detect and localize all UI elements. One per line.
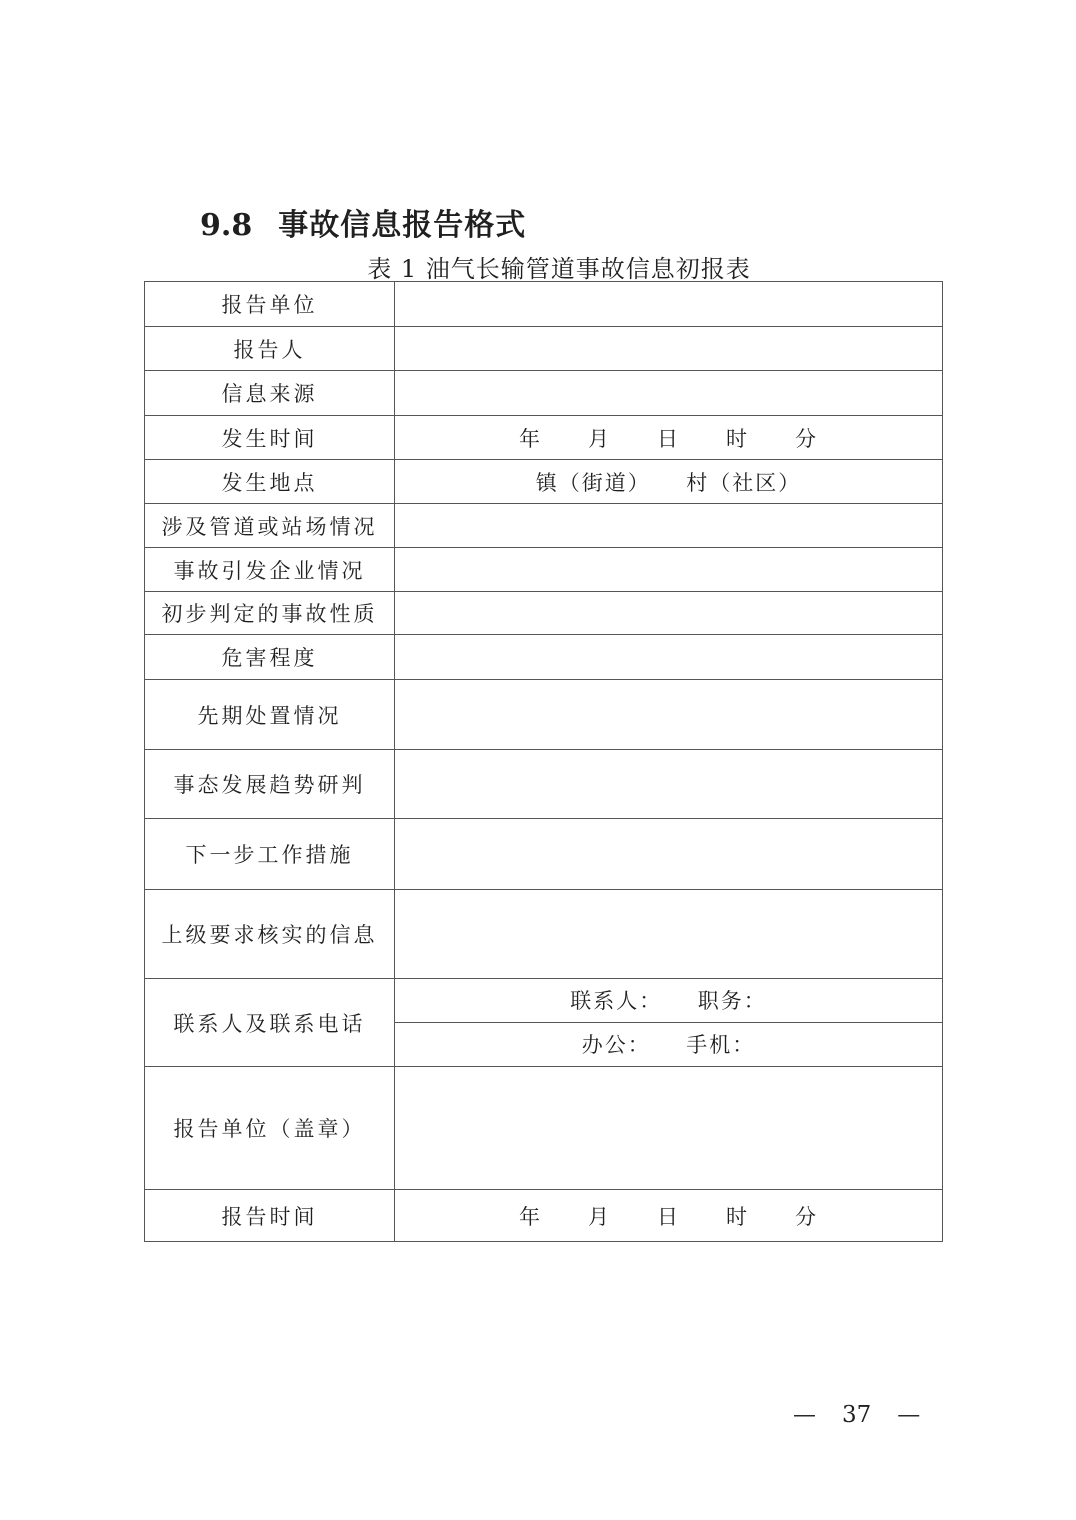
document-page: 9.8事故信息报告格式 表 1 油气长输管道事故信息初报表 报告单位 报告人 信…: [0, 0, 1076, 1520]
row-label: 下一步工作措施: [145, 819, 395, 889]
table-row-pipeline-station: 涉及管道或站场情况: [145, 503, 942, 547]
table-title: 表 1 油气长输管道事故信息初报表: [144, 249, 974, 284]
row-value-cell: 年 月 日 时 分: [395, 416, 942, 459]
section-heading: 9.8事故信息报告格式: [200, 200, 526, 244]
row-value-cell: [395, 327, 942, 370]
accident-report-form-table: 报告单位 报告人 信息来源 发生时间 年 月 日 时 分 发生地点 镇（街道） …: [144, 281, 943, 1242]
table-row-trend-judgement: 事态发展趋势研判: [145, 749, 942, 818]
row-label: 发生时间: [145, 416, 395, 459]
row-label: 联系人及联系电话: [145, 979, 395, 1066]
row-value-cell: [395, 890, 942, 978]
row-value-cell: [395, 1067, 942, 1189]
page-footer: —37—: [793, 1402, 920, 1428]
row-label: 先期处置情况: [145, 680, 395, 749]
row-label: 报告时间: [145, 1190, 395, 1241]
table-row-superior-verification: 上级要求核实的信息: [145, 889, 942, 978]
contact-value-cell: 联系人： 职务： 办公： 手机：: [395, 979, 942, 1066]
row-value-cell: [395, 680, 942, 749]
row-value-cell: [395, 504, 942, 547]
table-row-accident-nature: 初步判定的事故性质: [145, 591, 942, 634]
contact-phone-line: 办公： 手机：: [395, 1022, 942, 1067]
row-value-cell: [395, 371, 942, 415]
row-label: 初步判定的事故性质: [145, 592, 395, 634]
table-row-next-steps: 下一步工作措施: [145, 818, 942, 889]
row-value-cell: [395, 548, 942, 591]
table-row-report-time: 报告时间 年 月 日 时 分: [145, 1189, 942, 1241]
footer-dash-left: —: [793, 1402, 816, 1428]
page-number: 37: [842, 1402, 871, 1428]
row-label: 信息来源: [145, 371, 395, 415]
table-row-occurrence-place: 发生地点 镇（街道） 村（社区）: [145, 459, 942, 503]
table-row-reporting-unit: 报告单位: [145, 282, 942, 326]
row-label: 涉及管道或站场情况: [145, 504, 395, 547]
row-value-cell: [395, 750, 942, 818]
table-row-initial-disposal: 先期处置情况: [145, 679, 942, 749]
section-title: 事故信息报告格式: [278, 208, 526, 243]
row-value-cell: 镇（街道） 村（社区）: [395, 460, 942, 503]
row-label: 事态发展趋势研判: [145, 750, 395, 818]
row-label: 事故引发企业情况: [145, 548, 395, 591]
row-value-cell: [395, 592, 942, 634]
table-row-hazard-degree: 危害程度: [145, 634, 942, 679]
table-row-unit-seal: 报告单位（盖章）: [145, 1066, 942, 1189]
row-label: 报告人: [145, 327, 395, 370]
row-label: 报告单位: [145, 282, 395, 326]
row-value-cell: [395, 282, 942, 326]
section-number: 9.8: [200, 208, 252, 243]
table-row-reporter: 报告人: [145, 326, 942, 370]
table-row-info-source: 信息来源: [145, 370, 942, 415]
table-row-occurrence-time: 发生时间 年 月 日 时 分: [145, 415, 942, 459]
row-label: 发生地点: [145, 460, 395, 503]
contact-person-line: 联系人： 职务：: [395, 979, 942, 1022]
row-label: 报告单位（盖章）: [145, 1067, 395, 1189]
footer-dash-right: —: [897, 1402, 920, 1428]
row-value-cell: [395, 635, 942, 679]
row-value-cell: 年 月 日 时 分: [395, 1190, 942, 1241]
row-value-cell: [395, 819, 942, 889]
row-label: 上级要求核实的信息: [145, 890, 395, 978]
table-row-contact: 联系人及联系电话 联系人： 职务： 办公： 手机：: [145, 978, 942, 1066]
row-label: 危害程度: [145, 635, 395, 679]
table-row-enterprise: 事故引发企业情况: [145, 547, 942, 591]
